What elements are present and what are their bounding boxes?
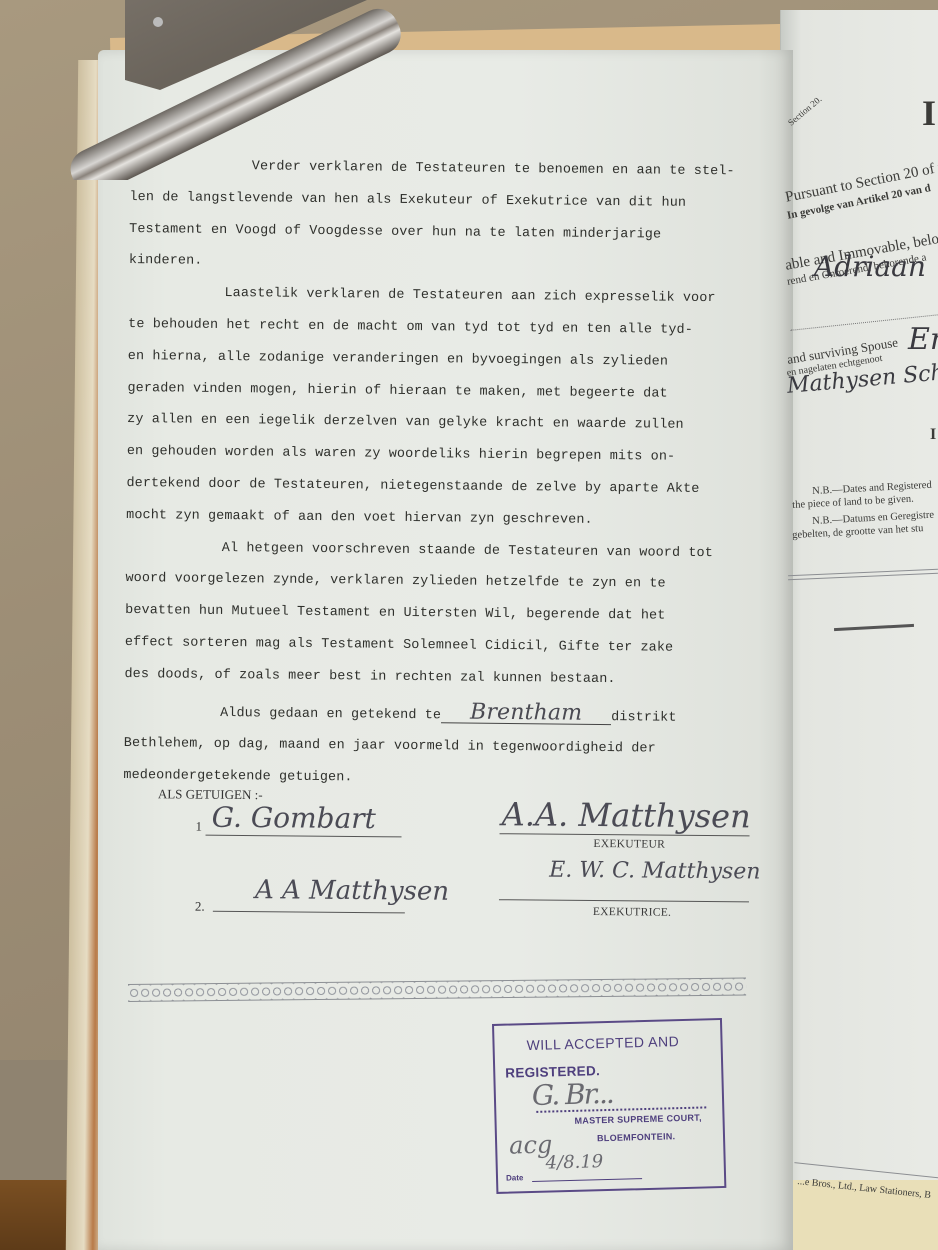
handwritten-place-name: Brentham [441,702,611,725]
right-page-handwriting: Adriaan [814,250,926,283]
executrix-signature: E. W. C. Matthysen [549,858,760,885]
witness-signature: A A Matthysen [255,875,449,907]
right-page-handwriting: En [908,322,938,357]
will-typed-text: Verder verklaren de Testateuren te benoe… [123,150,770,799]
text-fragment: distrikt [611,710,677,726]
stamp-date-label: Date [506,1173,524,1182]
stamp-text: WILL ACCEPTED AND [526,1033,679,1053]
signature-line [499,899,749,902]
stamp-text: MASTER SUPREME COURT, [574,1113,702,1126]
witness-number: 2. [195,899,205,915]
witness-signature: G. Gombart [212,801,376,835]
stamp-text: BLOEMFONTEIN. [597,1131,676,1143]
text-line: des doods, of zoals meer best in rechten… [124,659,764,697]
witness-number: 1 [196,819,203,835]
right-page-heading: I [922,92,936,134]
right-page-heading: I [930,426,936,444]
witness-signature-block: ALS GETUIGEN :- 1 G. Gombart 2. A A Matt… [129,780,780,926]
registration-stamp: WILL ACCEPTED AND REGISTERED. G. Br... M… [492,1018,726,1194]
text-fragment: Aldus gedaan en getekend te [220,706,441,723]
executor-signature: A.A. Matthysen [502,795,751,835]
stamp-date-line [532,1178,642,1182]
executrix-role: EXEKUTRICE. [593,906,671,919]
stamp-signature: G. Br... [531,1077,613,1112]
signature-line [213,911,405,914]
stamp-date: 4/8.19 [545,1151,603,1174]
executor-role: EXEKUTEUR [593,838,665,851]
